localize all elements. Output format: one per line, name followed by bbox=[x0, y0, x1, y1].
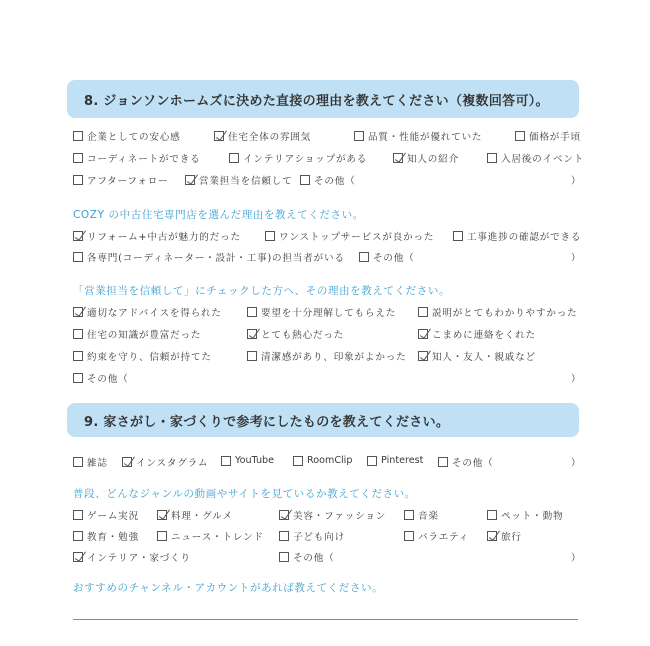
checkbox-icon[interactable] bbox=[73, 351, 83, 361]
checkbox-enthusiastic[interactable]: とても熱心だった bbox=[247, 327, 344, 341]
checkbox-good-advice[interactable]: 適切なアドバイスを得られた bbox=[73, 305, 222, 319]
checkbox-understood-needs[interactable]: 要望を十分理解してもらえた bbox=[247, 305, 396, 319]
checkbox-one-stop[interactable]: ワンストップサービスが良かった bbox=[265, 229, 434, 243]
genre-subheading: 普段、どんなジャンルの動画やサイトを見ているか教えてください。 bbox=[73, 486, 416, 501]
checkbox-icon[interactable] bbox=[404, 510, 414, 520]
checkbox-icon[interactable] bbox=[73, 457, 83, 467]
checkbox-icon[interactable] bbox=[73, 252, 83, 262]
checkbox-instagram[interactable]: インスタグラム bbox=[122, 455, 208, 469]
checkbox-icon[interactable] bbox=[279, 531, 289, 541]
checkbox-progress-check[interactable]: 工事進捗の確認ができる bbox=[453, 229, 581, 243]
checked-checkbox-icon[interactable] bbox=[157, 510, 167, 520]
checkbox-kept-promises[interactable]: 約束を守り、信頼が持てた bbox=[73, 349, 212, 363]
checkbox-company-reliability[interactable]: 企業としての安心感 bbox=[73, 129, 181, 143]
checkbox-other[interactable]: その他（ bbox=[300, 173, 356, 187]
checked-checkbox-icon[interactable] bbox=[487, 531, 497, 541]
checkbox-icon[interactable] bbox=[367, 456, 377, 466]
sales-subheading: 「営業担当を信頼して」にチェックした方へ、その理由を教えてください。 bbox=[73, 283, 450, 298]
checkbox-youtube[interactable]: YouTube bbox=[221, 455, 274, 466]
checkbox-frequent-contact[interactable]: こまめに連絡をくれた bbox=[418, 327, 536, 341]
channel-answer-line[interactable] bbox=[73, 619, 578, 620]
checkbox-icon[interactable] bbox=[73, 153, 83, 163]
checkbox-specialists[interactable]: 各専門(コーディネーター・設計・工事)の担当者がいる bbox=[73, 250, 345, 264]
question-8-title: 8. ジョンソンホームズに決めた直接の理由を教えてください（複数回答可）。 bbox=[84, 90, 549, 109]
checkbox-icon[interactable] bbox=[247, 351, 257, 361]
checkbox-icon[interactable] bbox=[229, 153, 239, 163]
checkbox-beauty-fashion[interactable]: 美容・ファッション bbox=[279, 508, 386, 522]
question-9-title: 9. 家さがし・家づくりで参考にしたものを教えてください。 bbox=[84, 411, 449, 430]
checkbox-icon[interactable] bbox=[73, 329, 83, 339]
close-paren: ） bbox=[571, 173, 581, 187]
checkbox-after-follow[interactable]: アフターフォロー bbox=[73, 173, 169, 187]
checkbox-icon[interactable] bbox=[487, 510, 497, 520]
channel-subheading: おすすめのチャンネル・アカウントがあれば教えてください。 bbox=[73, 580, 383, 595]
checkbox-travel[interactable]: 旅行 bbox=[487, 529, 522, 543]
checked-checkbox-icon[interactable] bbox=[418, 329, 428, 339]
checkbox-clean-impression[interactable]: 清潔感があり、印象がよかった bbox=[247, 349, 407, 363]
checkbox-icon[interactable] bbox=[404, 531, 414, 541]
checkbox-reasonable-price[interactable]: 価格が手頃 bbox=[515, 129, 581, 143]
checkbox-news[interactable]: ニュース・トレンド bbox=[157, 529, 264, 543]
checkbox-pets[interactable]: ペット・動物 bbox=[487, 508, 563, 522]
checkbox-interior-shop[interactable]: インテリアショップがある bbox=[229, 151, 367, 165]
checkbox-game[interactable]: ゲーム実況 bbox=[73, 508, 139, 522]
checked-checkbox-icon[interactable] bbox=[214, 131, 224, 141]
checkbox-icon[interactable] bbox=[453, 231, 463, 241]
checkbox-quality-performance[interactable]: 品質・性能が優れていた bbox=[354, 129, 482, 143]
checkbox-icon[interactable] bbox=[300, 175, 310, 185]
question-8-header: 8. ジョンソンホームズに決めた直接の理由を教えてください（複数回答可）。 bbox=[67, 80, 579, 118]
checkbox-interior[interactable]: インテリア・家づくり bbox=[73, 550, 191, 564]
checkbox-icon[interactable] bbox=[359, 252, 369, 262]
checkbox-icon[interactable] bbox=[515, 131, 525, 141]
checkbox-house-atmosphere[interactable]: 住宅全体の雰囲気 bbox=[214, 129, 311, 143]
checkbox-icon[interactable] bbox=[73, 531, 83, 541]
checked-checkbox-icon[interactable] bbox=[73, 307, 83, 317]
checked-checkbox-icon[interactable] bbox=[418, 351, 428, 361]
checkbox-pinterest[interactable]: Pinterest bbox=[367, 455, 423, 466]
checkbox-education[interactable]: 教育・勉強 bbox=[73, 529, 139, 543]
checkbox-cozy-other[interactable]: その他（ bbox=[359, 250, 415, 264]
checked-checkbox-icon[interactable] bbox=[393, 153, 403, 163]
checkbox-acquaintance-referral[interactable]: 知人の紹介 bbox=[393, 151, 459, 165]
checkbox-coordinate[interactable]: コーディネートができる bbox=[73, 151, 201, 165]
checkbox-icon[interactable] bbox=[487, 153, 497, 163]
close-paren: ） bbox=[571, 550, 581, 564]
checkbox-genre-other[interactable]: その他（ bbox=[279, 550, 335, 564]
cozy-subheading: COZY の中古住宅専門店を選んだ理由を教えてください。 bbox=[73, 207, 364, 222]
checkbox-acquaintance[interactable]: 知人・友人・親戚など bbox=[418, 349, 536, 363]
checkbox-icon[interactable] bbox=[438, 457, 448, 467]
checkbox-trust-sales[interactable]: 営業担当を信頼して bbox=[185, 173, 293, 187]
checkbox-kids[interactable]: 子ども向け bbox=[279, 529, 345, 543]
checkbox-icon[interactable] bbox=[247, 307, 257, 317]
checkbox-music[interactable]: 音楽 bbox=[404, 508, 439, 522]
checkbox-cooking[interactable]: 料理・グルメ bbox=[157, 508, 233, 522]
close-paren: ） bbox=[571, 371, 581, 385]
checkbox-magazine[interactable]: 雑誌 bbox=[73, 455, 108, 469]
checkbox-icon[interactable] bbox=[73, 510, 83, 520]
checkbox-roomclip[interactable]: RoomClip bbox=[293, 455, 352, 466]
checkbox-icon[interactable] bbox=[354, 131, 364, 141]
checkbox-variety[interactable]: バラエティ bbox=[404, 529, 469, 543]
checked-checkbox-icon[interactable] bbox=[185, 175, 195, 185]
checkbox-q9-other[interactable]: その他（ bbox=[438, 455, 494, 469]
question-9-header: 9. 家さがし・家づくりで参考にしたものを教えてください。 bbox=[67, 403, 579, 437]
checkbox-icon[interactable] bbox=[418, 307, 428, 317]
checked-checkbox-icon[interactable] bbox=[279, 510, 289, 520]
checked-checkbox-icon[interactable] bbox=[247, 329, 257, 339]
checkbox-clear-explanation[interactable]: 説明がとてもわかりやすかった bbox=[418, 305, 578, 319]
checkbox-icon[interactable] bbox=[221, 456, 231, 466]
checkbox-sales-other[interactable]: その他（ bbox=[73, 371, 129, 385]
close-paren: ） bbox=[571, 250, 581, 264]
checkbox-icon[interactable] bbox=[73, 175, 83, 185]
checkbox-icon[interactable] bbox=[293, 456, 303, 466]
checkbox-icon[interactable] bbox=[73, 131, 83, 141]
checkbox-icon[interactable] bbox=[73, 373, 83, 383]
checkbox-knowledgeable[interactable]: 住宅の知識が豊富だった bbox=[73, 327, 201, 341]
checked-checkbox-icon[interactable] bbox=[73, 552, 83, 562]
checkbox-post-move-events[interactable]: 入居後のイベント bbox=[487, 151, 584, 165]
checkbox-reform-used[interactable]: リフォーム+中古が魅力的だった bbox=[73, 229, 241, 243]
checkbox-icon[interactable] bbox=[157, 531, 167, 541]
checked-checkbox-icon[interactable] bbox=[122, 457, 132, 467]
checked-checkbox-icon[interactable] bbox=[73, 231, 83, 241]
checkbox-icon[interactable] bbox=[279, 552, 289, 562]
close-paren: ） bbox=[571, 455, 581, 469]
checkbox-icon[interactable] bbox=[265, 231, 275, 241]
